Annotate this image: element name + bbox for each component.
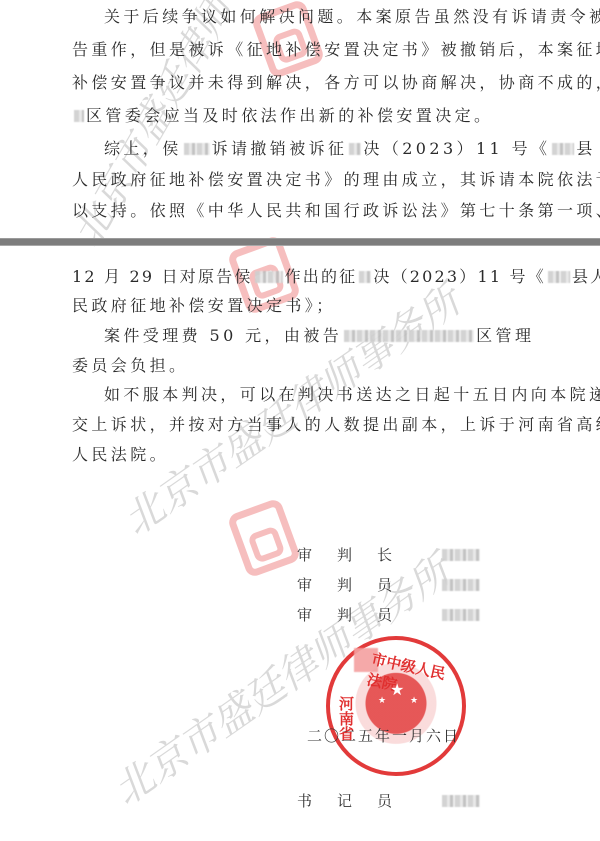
redacted-text xyxy=(349,143,361,155)
paragraph-line: 区管委会应当及时依法作出新的补偿安置决定。 xyxy=(72,106,532,126)
watermark-logo-icon xyxy=(226,497,301,578)
paragraph-line: 12 月 29 日对原告侯作出的征决（2023）11 号《县人 xyxy=(72,267,532,287)
label-char: 员 xyxy=(377,792,417,810)
star-icon: ★ xyxy=(390,680,404,699)
signature-clerk: 书记员 xyxy=(297,792,417,810)
label-char: 书 xyxy=(297,792,337,810)
signature-presiding-judge: 审判长 xyxy=(297,546,417,564)
text-span: 诉请撤销被诉征 xyxy=(212,139,348,158)
label-char: 判 xyxy=(337,576,377,594)
redacted-name xyxy=(442,795,480,807)
paragraph-line: 补偿安置争议并未得到解决，各方可以协商解决，协商不成的， xyxy=(72,73,532,93)
redacted-text xyxy=(548,271,570,283)
redacted-name xyxy=(442,579,480,591)
paragraph-line: 委员会负担。 xyxy=(72,356,532,376)
text-span: 综上，侯 xyxy=(104,139,182,158)
label-char: 判 xyxy=(337,546,377,564)
label-char: 审 xyxy=(297,576,337,594)
page-break-divider xyxy=(0,238,600,246)
label-char: 判 xyxy=(337,606,377,624)
paragraph-line: 综上，侯诉请撤销被诉征决（2023）11 号《县 xyxy=(104,139,564,159)
text-span: 县 xyxy=(576,139,595,158)
paragraph-line: 人民政府征地补偿安置决定书》的理由成立，其诉请本院依法予 xyxy=(72,170,532,190)
text-span: 决（2023）11 号《 xyxy=(363,139,550,158)
redacted-text xyxy=(74,110,84,122)
label-char: 记 xyxy=(337,792,377,810)
paragraph-line: 民政府征地补偿安置决定书》； xyxy=(72,296,532,316)
label-char: 长 xyxy=(377,546,417,564)
redacted-text xyxy=(359,271,371,283)
paragraph-line: 告重作，但是被诉《征地补偿安置决定书》被撤销后，本案征地 xyxy=(72,40,532,60)
redacted-text xyxy=(552,143,574,155)
text-span: 区管理 xyxy=(476,326,534,345)
redacted-name xyxy=(442,609,480,621)
star-icon: ★ xyxy=(378,696,386,706)
text-span: 案件受理费 50 元，由被告 xyxy=(104,326,342,345)
paragraph-line: 关于后续争议如何解决问题。本案原告虽然没有诉请责令被 xyxy=(104,7,564,27)
label-char: 员 xyxy=(377,606,417,624)
label-char: 审 xyxy=(297,606,337,624)
text-span: 县人 xyxy=(572,267,600,286)
text-span: 12 月 29 日对原告侯 xyxy=(72,267,253,286)
label-char: 审 xyxy=(297,546,337,564)
text-span: 作出的征 xyxy=(285,267,358,286)
signature-judge: 审判员 xyxy=(297,576,417,594)
court-seal: 河南省 市中级人民法院 ★ ★ ★ xyxy=(326,636,466,776)
judgment-date: 二〇二五年一月六日 xyxy=(307,725,460,746)
paragraph-line: 以支持。依照《中华人民共和国行政诉讼法》第七十条第一项、 xyxy=(72,201,532,221)
paragraph-line: 案件受理费 50 元，由被告区管理 xyxy=(104,326,564,346)
label-char: 员 xyxy=(377,576,417,594)
redacted-name xyxy=(442,549,480,561)
paragraph-line: 交上诉状，并按对方当事人的人数提出副本，上诉于河南省高级 xyxy=(72,415,532,435)
star-icon: ★ xyxy=(410,696,418,706)
paragraph-line: 如不服本判决，可以在判决书送达之日起十五日内向本院递 xyxy=(104,385,564,405)
paragraph-line: 人民法院。 xyxy=(72,445,532,465)
redacted-text xyxy=(255,271,283,283)
text-span: 决（2023）11 号《 xyxy=(373,267,546,286)
text-span: 区管委会应当及时依法作出新的补偿安置决定。 xyxy=(86,106,493,125)
signature-judge: 审判员 xyxy=(297,606,417,624)
redacted-text xyxy=(184,143,210,155)
redacted-text xyxy=(344,330,474,342)
